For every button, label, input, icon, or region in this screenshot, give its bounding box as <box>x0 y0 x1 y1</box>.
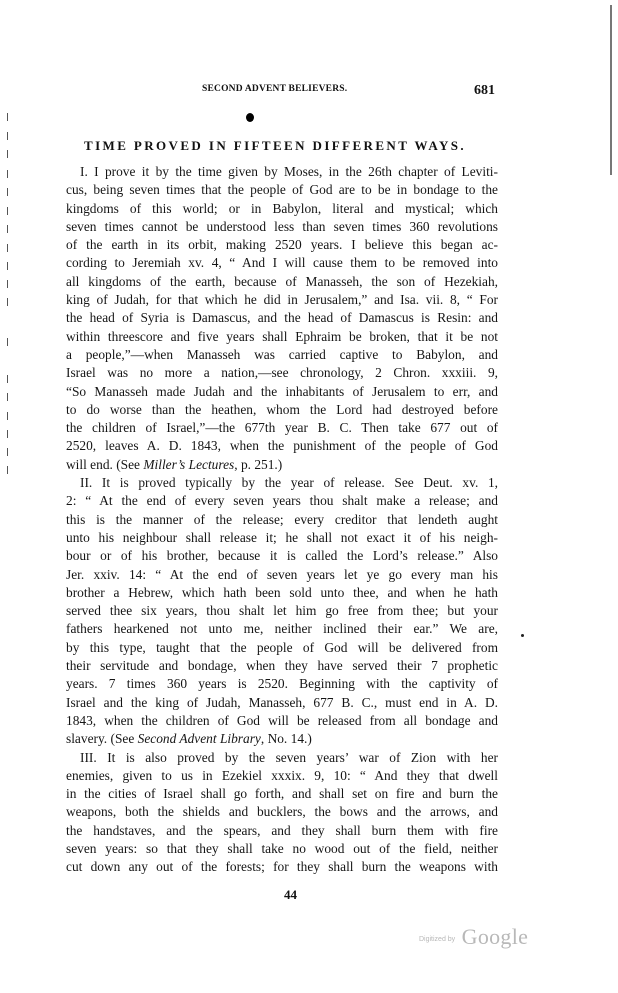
text-line: cording to Jeremiah xv. 4, “ And I will … <box>66 254 498 272</box>
text-line: Israel and the king of Judah, Manasseh, … <box>66 694 498 712</box>
text-line: king of Judah, for that which he did in … <box>66 291 498 309</box>
text-line: cut down any out of the forests; for the… <box>66 858 498 876</box>
text-line: served thee six years, thou shalt let hi… <box>66 602 498 620</box>
text-line: the head of Syria is Damascus, and the h… <box>66 309 498 327</box>
text-line: the children of Israel,”—the 677th year … <box>66 419 498 437</box>
scanned-book-page: SECOND ADVENT BELIEVERS. 681 TIME PROVED… <box>0 0 618 993</box>
text-line: 1843, when the children of God will be r… <box>66 712 498 730</box>
ornament-dot <box>246 113 254 122</box>
text-line: fathers hearkened not unto me, neither i… <box>66 620 498 638</box>
text-line: bour or of his brother, because it is ca… <box>66 547 498 565</box>
text-line: a people,”—when Manasseh was carried cap… <box>66 346 498 364</box>
text-line: to do worse than the heathen, whom the L… <box>66 401 498 419</box>
stray-ink-dot <box>521 634 524 637</box>
text-line: this is the manner of the release; every… <box>66 511 498 529</box>
left-margin-scan-mark <box>7 113 8 121</box>
text-line: cus, being seven times that the people o… <box>66 181 498 199</box>
body-text: I. I prove it by the time given by Moses… <box>66 163 498 877</box>
citation-title-millers-lectures: Miller’s Lectures <box>143 457 234 472</box>
left-margin-scan-mark <box>7 430 8 438</box>
left-margin-scan-mark <box>7 338 8 346</box>
text-line: by this type, taught that the people of … <box>66 639 498 657</box>
left-margin-scan-mark <box>7 150 8 158</box>
text-line: years. 7 times 360 years is 2520. Beginn… <box>66 675 498 693</box>
text-line: of the earth in its orbit, making 2520 y… <box>66 236 498 254</box>
text-line-with-citation: will end. (See Miller’s Lectures, p. 251… <box>66 456 498 474</box>
citation-tail: , No. 14.) <box>261 731 312 746</box>
signature-mark: 44 <box>284 887 297 903</box>
left-margin-scan-mark <box>7 448 8 456</box>
text-line: 2: “ At the end of every seven years tho… <box>66 492 498 510</box>
left-margin-scan-mark <box>7 188 8 196</box>
text-line: I. I prove it by the time given by Moses… <box>66 163 498 181</box>
citation-lead: slavery. (See <box>66 731 138 746</box>
citation-lead: will end. (See <box>66 457 143 472</box>
text-line: II. It is proved typically by the year o… <box>66 474 498 492</box>
text-line: 2520, leaves A. D. 1843, when the punish… <box>66 437 498 455</box>
text-line: all kingdoms of the earth, because of Ma… <box>66 273 498 291</box>
text-line: seven times cannot be understood less th… <box>66 218 498 236</box>
text-line-with-citation: slavery. (See Second Advent Library, No.… <box>66 730 498 748</box>
text-line: their servitude and bondage, when they h… <box>66 657 498 675</box>
text-line: the handstaves, and the spears, and they… <box>66 822 498 840</box>
text-line: brother a Hebrew, which hath been sold u… <box>66 584 498 602</box>
left-margin-scan-mark <box>7 170 8 178</box>
running-title: SECOND ADVENT BELIEVERS. <box>202 84 347 94</box>
left-margin-scan-mark <box>7 412 8 420</box>
page-number: 681 <box>474 83 495 99</box>
text-line: in the cities of Israel shall go forth, … <box>66 785 498 803</box>
left-margin-scan-mark <box>7 280 8 288</box>
google-logo-text: Google <box>462 924 529 949</box>
text-line: Jer. xxiv. 14: “ At the end of seven yea… <box>66 566 498 584</box>
text-line: unto his neighbour shall release it; he … <box>66 529 498 547</box>
text-line: “So Manasseh made Judah and the inhabita… <box>66 383 498 401</box>
text-line: seven years: so that they shall take no … <box>66 840 498 858</box>
citation-tail: , p. 251.) <box>234 457 282 472</box>
text-line: III. It is also proved by the seven year… <box>66 749 498 767</box>
left-margin-scan-mark <box>7 207 8 215</box>
watermark-small-text: Digitized by <box>419 936 455 943</box>
digitized-by-google-watermark: Digitized by Google <box>419 924 528 950</box>
left-margin-scan-mark <box>7 132 8 140</box>
text-line: Israel was no more a nation,—see chronol… <box>66 364 498 382</box>
left-margin-scan-mark <box>7 262 8 270</box>
text-line: kingdoms of this world; or in Babylon, l… <box>66 200 498 218</box>
left-margin-scan-mark <box>7 244 8 252</box>
left-margin-scan-mark <box>7 225 8 233</box>
left-margin-scan-mark <box>7 375 8 383</box>
left-margin-scan-mark <box>7 466 8 474</box>
left-margin-scan-mark <box>7 393 8 401</box>
text-line: weapons, both the shields and bucklers, … <box>66 803 498 821</box>
citation-title-second-advent-library: Second Advent Library <box>138 731 261 746</box>
section-heading: TIME PROVED IN FIFTEEN DIFFERENT WAYS. <box>84 138 466 154</box>
running-head: SECOND ADVENT BELIEVERS. 681 <box>0 84 618 100</box>
left-margin-scan-mark <box>7 298 8 306</box>
text-line: enemies, given to us in Ezekiel xxxix. 9… <box>66 767 498 785</box>
text-line: within threescore and five years shall E… <box>66 328 498 346</box>
